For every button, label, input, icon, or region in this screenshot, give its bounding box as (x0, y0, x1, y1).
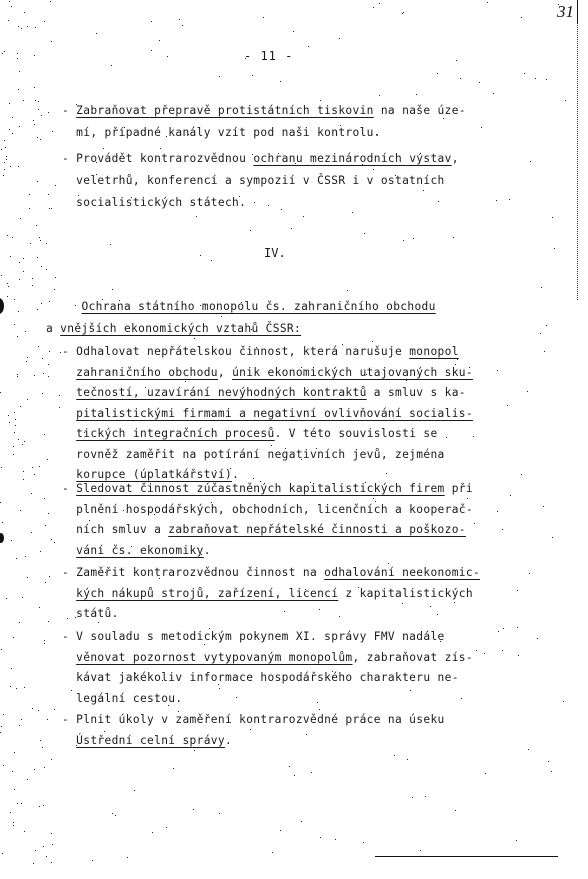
text-line: socialistických státech. (62, 196, 246, 210)
text (62, 734, 76, 747)
text-line: ních smluv a zabraňovat nepřátelské činn… (62, 523, 466, 537)
text (62, 587, 76, 600)
handwritten-folio-number: 31 (557, 2, 574, 22)
punch-hole-mark (0, 533, 4, 543)
text (62, 468, 76, 481)
text: - Provádět kontrarozvědnou (62, 152, 253, 165)
text: při (445, 482, 473, 495)
underlined-text: vání čs. ekonomiky (76, 544, 204, 557)
text (62, 386, 76, 399)
text (62, 407, 76, 420)
text (62, 427, 76, 440)
underlined-text: tických integračních procesů (76, 427, 274, 440)
text: - V souladu s metodickým pokynem XI. spr… (62, 630, 445, 643)
text (62, 366, 76, 379)
text: . (232, 468, 239, 481)
text: - Zaměřit kontrarozvědnou činnost na (62, 566, 324, 579)
text: - (62, 104, 76, 117)
underlined-text: odhalování neekonomic- (324, 566, 480, 579)
text-line: - Provádět kontrarozvědnou ochranu mezin… (62, 152, 459, 166)
text: legální cestou. (62, 692, 182, 705)
underlined-text: Zabraňovat přepravě protistátních tiskov… (76, 104, 374, 117)
text: a (46, 322, 60, 335)
underlined-text: Ústřední celní správy (76, 734, 225, 747)
text: veletrhů, konferencí a sympozií v ČSSR i… (62, 174, 445, 187)
text: mí, případné kanály vzít pod naši kontro… (62, 126, 381, 139)
underlined-text: zabraňovat nepřátelské činnosti a poškoz… (168, 523, 466, 536)
text: . (204, 544, 211, 557)
text (62, 503, 76, 516)
text-line: kých nákupů strojů, zařízení, licencí z … (62, 587, 473, 601)
text-line: legální cestou. (62, 692, 182, 706)
text-line: korupce (úplatkářství). (62, 468, 239, 482)
text: z kapitalistických (338, 587, 473, 600)
text: - Odhalovat nepřátelskou činnost, která … (62, 345, 409, 358)
text: - Plnit úkoly v zaměření kontrarozvědné … (62, 713, 445, 726)
underlined-text: ochranu mezinárodních výstav (253, 152, 451, 165)
page-edge-dotted (577, 0, 579, 300)
scanned-document-page: 31 - 11 - - Zabraňovat přepravě protistá… (0, 0, 588, 879)
text (62, 651, 76, 664)
text-line: veletrhů, konferencí a sympozií v ČSSR i… (62, 174, 445, 188)
section-heading: IV. (264, 246, 286, 260)
underlined-text: kých nákupů strojů, zařízení, licencí (76, 587, 338, 600)
text-line: a vnějších ekonomických vztahů ČSSR: (46, 322, 301, 336)
text: , zabraňovat zís- (353, 651, 473, 664)
underlined-text: vnějších ekonomických vztahů ČSSR: (60, 322, 301, 335)
text: socialistických státech. (62, 196, 246, 209)
text-line: - Zabraňovat přepravě protistátních tisk… (62, 104, 466, 118)
underlined-text: pitalistickými firmami a negativní ovliv… (76, 407, 473, 420)
page-edge-line (577, 0, 578, 24)
text-line: tických integračních procesů. V této sou… (62, 427, 438, 441)
text-line: - Zaměřit kontrarozvědnou činnost na odh… (62, 566, 480, 580)
text: kávat jakékoliv informace hospodářského … (62, 671, 459, 684)
text: - (62, 482, 76, 495)
text: ních smluv a (62, 523, 168, 536)
underlined-text: Ochrana státního monopolu čs. zahraniční… (81, 300, 435, 313)
text-line: věnovat pozornost vytypovaným monopolům,… (62, 651, 473, 665)
text-line: pitalistickými firmami a negativní ovliv… (62, 407, 473, 421)
text-line: - Plnit úkoly v zaměření kontrarozvědné … (62, 713, 445, 727)
text: na naše úze- (374, 104, 466, 117)
text-line: kávat jakékoliv informace hospodářského … (62, 671, 459, 685)
text-line: mí, případné kanály vzít pod naši kontro… (62, 126, 381, 140)
text: rovněž zaměřit na potírání negativních j… (62, 448, 445, 461)
underlined-text: únik ekonomických utajovaných sku- (232, 366, 473, 379)
page-number: - 11 - (244, 49, 293, 63)
text: , (218, 366, 232, 379)
underlined-text: věnovat pozornost vytypovaným monopolům (76, 651, 352, 664)
text: , (452, 152, 459, 165)
text-line: tečností, uzavírání nevýhodných kontrakt… (62, 386, 466, 400)
text: plnění hospodářských, obchodních, licenč… (76, 503, 473, 516)
underlined-text: zahraničního obchodu (76, 366, 218, 379)
text: a smluv s ka- (367, 386, 466, 399)
text-line: - Sledovat činnost zúčastněných kapitali… (62, 482, 473, 496)
text: států. (62, 607, 119, 620)
underlined-text: korupce (úplatkářství) (76, 468, 232, 481)
text-line: - Odhalovat nepřátelskou činnost, která … (62, 345, 459, 359)
text-line: rovněž zaměřit na potírání negativních j… (62, 448, 445, 462)
footer-rule (375, 856, 558, 857)
text-line: vání čs. ekonomiky. (62, 544, 211, 558)
text (62, 544, 76, 557)
underlined-text: tečností, uzavírání nevýhodných kontrakt… (76, 386, 367, 399)
text-line: států. (62, 607, 119, 621)
text (46, 300, 81, 313)
text-line: Ústřední celní správy. (62, 734, 232, 748)
underlined-text: Sledovat činnost zúčastněných kapitalist… (76, 482, 444, 495)
text-line: zahraničního obchodu, únik ekonomických … (62, 366, 473, 380)
text-line: - V souladu s metodickým pokynem XI. spr… (62, 630, 445, 644)
text: . V této souvislosti se (275, 427, 438, 440)
text: . (225, 734, 232, 747)
underlined-text: monopol (409, 345, 459, 358)
